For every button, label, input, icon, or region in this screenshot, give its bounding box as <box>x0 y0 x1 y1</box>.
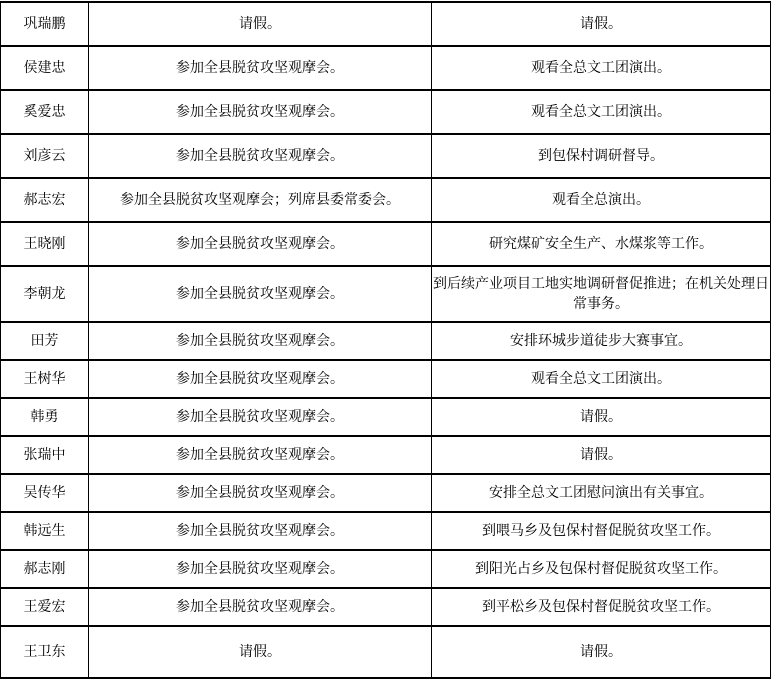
activity-1-cell: 参加全县脱贫攻坚观摩会。 <box>89 588 432 626</box>
activity-2-cell: 观看全总文工团演出。 <box>432 90 771 134</box>
duty-schedule-table-body: 巩瑞鹏请假。请假。侯建忠参加全县脱贫攻坚观摩会。观看全总文工团演出。奚爱忠参加全… <box>1 2 771 678</box>
activity-2-cell: 请假。 <box>432 436 771 474</box>
activity-2-cell: 到阳光占乡及包保村督促脱贫攻坚工作。 <box>432 550 771 588</box>
table-row: 韩勇参加全县脱贫攻坚观摩会。请假。 <box>1 398 771 436</box>
table-row: 王爱宏参加全县脱贫攻坚观摩会。到平松乡及包保村督促脱贫攻坚工作。 <box>1 588 771 626</box>
activity-1-cell: 参加全县脱贫攻坚观摩会。 <box>89 512 432 550</box>
activity-2-cell: 观看全总演出。 <box>432 178 771 222</box>
activity-2-cell: 请假。 <box>432 2 771 46</box>
table-row: 张瑞中参加全县脱贫攻坚观摩会。请假。 <box>1 436 771 474</box>
table-row: 吴传华参加全县脱贫攻坚观摩会。安排全总文工团慰问演出有关事宜。 <box>1 474 771 512</box>
table-row: 韩远生参加全县脱贫攻坚观摩会。到喂马乡及包保村督促脱贫攻坚工作。 <box>1 512 771 550</box>
page: { "page": { "background": "#ffffff" }, "… <box>0 0 773 683</box>
table-row: 王卫东请假。请假。 <box>1 626 771 678</box>
activity-1-cell: 参加全县脱贫攻坚观摩会。 <box>89 90 432 134</box>
activity-2-cell: 安排环城步道徒步大赛事宜。 <box>432 322 771 360</box>
activity-2-cell: 到包保村调研督导。 <box>432 134 771 178</box>
activity-2-cell: 安排全总文工团慰问演出有关事宜。 <box>432 474 771 512</box>
activity-2-cell: 观看全总文工团演出。 <box>432 46 771 90</box>
table-row: 王树华参加全县脱贫攻坚观摩会。观看全总文工团演出。 <box>1 360 771 398</box>
activity-1-cell: 参加全县脱贫攻坚观摩会。 <box>89 46 432 90</box>
person-name-cell: 吴传华 <box>1 474 89 512</box>
table-row: 郝志宏参加全县脱贫攻坚观摩会；列席县委常委会。观看全总演出。 <box>1 178 771 222</box>
person-name-cell: 刘彦云 <box>1 134 89 178</box>
table-row: 田芳参加全县脱贫攻坚观摩会。安排环城步道徒步大赛事宜。 <box>1 322 771 360</box>
activity-1-cell: 参加全县脱贫攻坚观摩会。 <box>89 436 432 474</box>
table-row: 刘彦云参加全县脱贫攻坚观摩会。到包保村调研督导。 <box>1 134 771 178</box>
activity-1-cell: 请假。 <box>89 2 432 46</box>
activity-1-cell: 参加全县脱贫攻坚观摩会。 <box>89 360 432 398</box>
person-name-cell: 王爱宏 <box>1 588 89 626</box>
activity-1-cell: 参加全县脱贫攻坚观摩会。 <box>89 398 432 436</box>
activity-1-cell: 参加全县脱贫攻坚观摩会。 <box>89 322 432 360</box>
activity-1-cell: 参加全县脱贫攻坚观摩会。 <box>89 134 432 178</box>
activity-2-cell: 观看全总文工团演出。 <box>432 360 771 398</box>
person-name-cell: 王晓刚 <box>1 222 89 266</box>
activity-1-cell: 参加全县脱贫攻坚观摩会；列席县委常委会。 <box>89 178 432 222</box>
activity-2-cell: 请假。 <box>432 398 771 436</box>
table-row: 奚爱忠参加全县脱贫攻坚观摩会。观看全总文工团演出。 <box>1 90 771 134</box>
activity-2-cell: 到后续产业项目工地实地调研督促推进；在机关处理日常事务。 <box>432 266 771 322</box>
person-name-cell: 张瑞中 <box>1 436 89 474</box>
activity-2-cell: 研究煤矿安全生产、水煤浆等工作。 <box>432 222 771 266</box>
activity-1-cell: 参加全县脱贫攻坚观摩会。 <box>89 474 432 512</box>
person-name-cell: 田芳 <box>1 322 89 360</box>
table-row: 郝志刚参加全县脱贫攻坚观摩会。到阳光占乡及包保村督促脱贫攻坚工作。 <box>1 550 771 588</box>
person-name-cell: 奚爱忠 <box>1 90 89 134</box>
table-row: 巩瑞鹏请假。请假。 <box>1 2 771 46</box>
activity-1-cell: 参加全县脱贫攻坚观摩会。 <box>89 550 432 588</box>
person-name-cell: 王树华 <box>1 360 89 398</box>
person-name-cell: 巩瑞鹏 <box>1 2 89 46</box>
activity-1-cell: 参加全县脱贫攻坚观摩会。 <box>89 266 432 322</box>
person-name-cell: 韩勇 <box>1 398 89 436</box>
person-name-cell: 李朝龙 <box>1 266 89 322</box>
activity-2-cell: 请假。 <box>432 626 771 678</box>
table-row: 李朝龙参加全县脱贫攻坚观摩会。到后续产业项目工地实地调研督促推进；在机关处理日常… <box>1 266 771 322</box>
person-name-cell: 王卫东 <box>1 626 89 678</box>
activity-1-cell: 请假。 <box>89 626 432 678</box>
table-row: 王晓刚参加全县脱贫攻坚观摩会。研究煤矿安全生产、水煤浆等工作。 <box>1 222 771 266</box>
person-name-cell: 侯建忠 <box>1 46 89 90</box>
activity-2-cell: 到平松乡及包保村督促脱贫攻坚工作。 <box>432 588 771 626</box>
person-name-cell: 郝志宏 <box>1 178 89 222</box>
activity-2-cell: 到喂马乡及包保村督促脱贫攻坚工作。 <box>432 512 771 550</box>
activity-1-cell: 参加全县脱贫攻坚观摩会。 <box>89 222 432 266</box>
duty-schedule-table: 巩瑞鹏请假。请假。侯建忠参加全县脱贫攻坚观摩会。观看全总文工团演出。奚爱忠参加全… <box>0 1 771 679</box>
person-name-cell: 郝志刚 <box>1 550 89 588</box>
table-row: 侯建忠参加全县脱贫攻坚观摩会。观看全总文工团演出。 <box>1 46 771 90</box>
person-name-cell: 韩远生 <box>1 512 89 550</box>
